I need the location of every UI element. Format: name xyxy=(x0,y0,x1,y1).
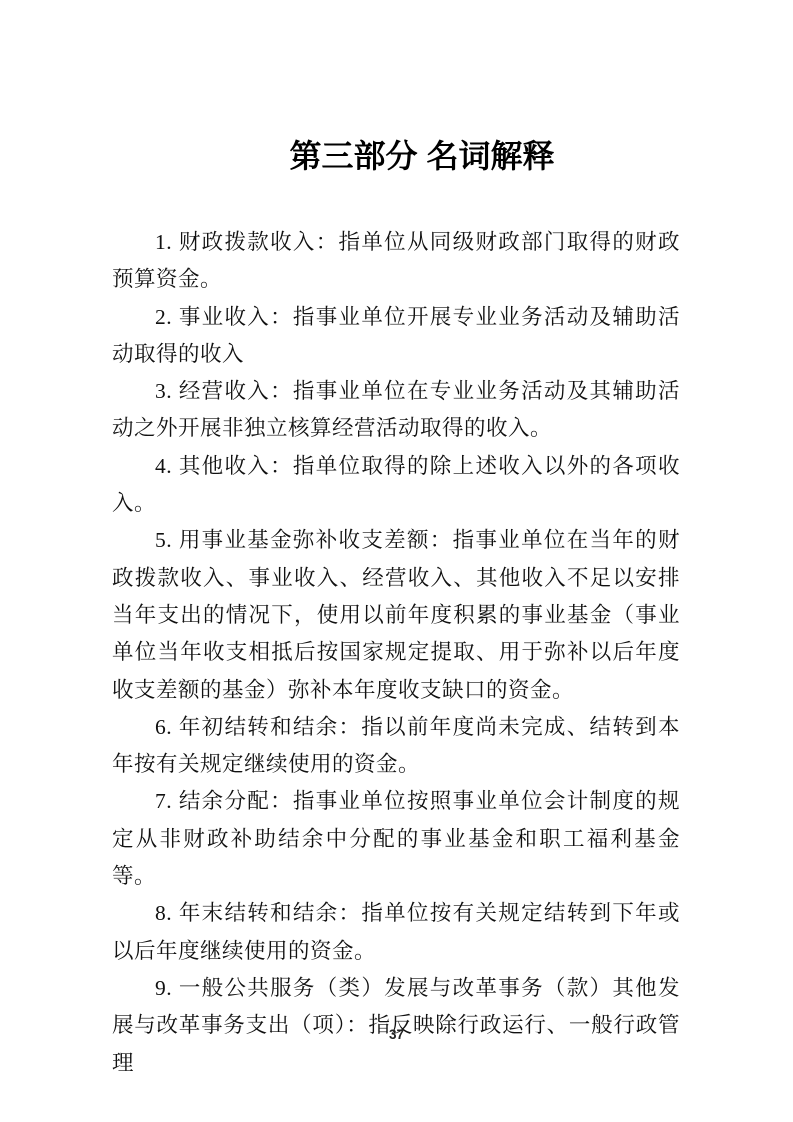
glossary-item: 8. 年末结转和结余：指单位按有关规定结转到下年或以后年度继续使用的资金。 xyxy=(112,895,680,970)
glossary-item: 4. 其他收入：指单位取得的除上述收入以外的各项收入。 xyxy=(112,448,680,523)
glossary-item: 5. 用事业基金弥补收支差额：指事业单位在当年的财政拨款收入、事业收入、经营收入… xyxy=(112,522,680,708)
glossary-item: 9. 一般公共服务（类）发展与改革事务（款）其他发展与改革事务支出（项）：指反映… xyxy=(112,970,680,1082)
glossary-item: 2. 事业收入：指事业单位开展专业业务活动及辅助活动取得的收入 xyxy=(112,299,680,374)
document-page: 第三部分 名词解释 1. 财政拨款收入：指单位从同级财政部门取得的财政预算资金。… xyxy=(0,0,793,1122)
page-number-footer: 37 xyxy=(0,1027,793,1042)
glossary-item: 3. 经营收入：指事业单位在专业业务活动及其辅助活动之外开展非独立核算经营活动取… xyxy=(112,373,680,448)
glossary-item: 7. 结余分配：指事业单位按照事业单位会计制度的规定从非财政补助结余中分配的事业… xyxy=(112,783,680,895)
glossary-item: 1. 财政拨款收入：指单位从同级财政部门取得的财政预算资金。 xyxy=(112,224,680,299)
glossary-text-block: 1. 财政拨款收入：指单位从同级财政部门取得的财政预算资金。 2. 事业收入：指… xyxy=(112,224,680,1082)
page-title: 第三部分 名词解释 xyxy=(0,138,793,175)
glossary-item: 6. 年初结转和结余：指以前年度尚未完成、结转到本年按有关规定继续使用的资金。 xyxy=(112,709,680,784)
